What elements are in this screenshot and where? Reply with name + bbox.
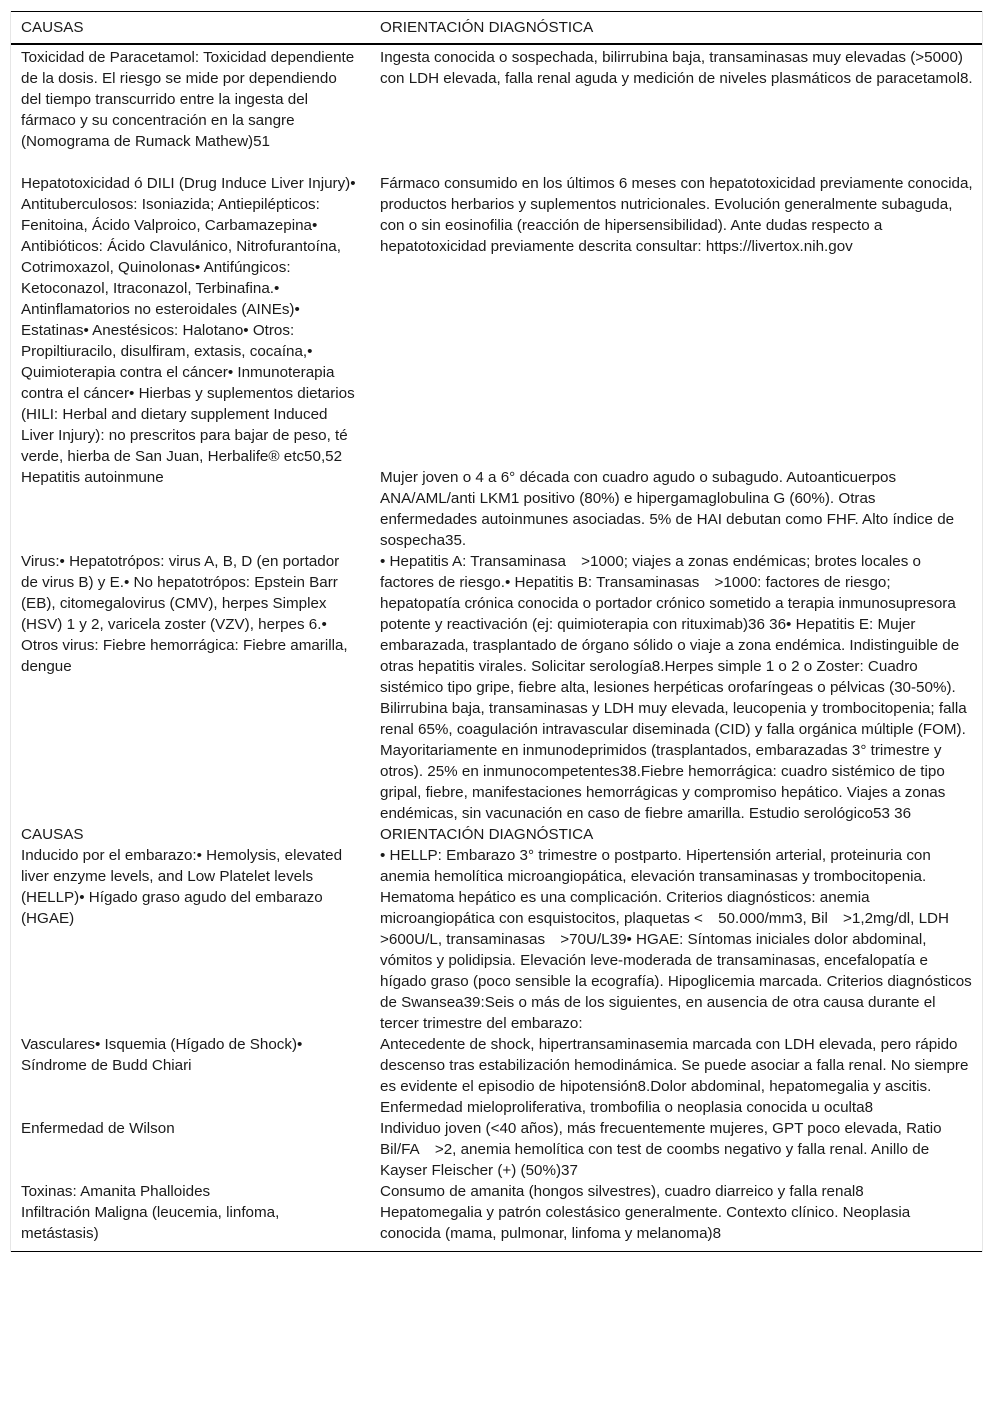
cause-cell: Infiltración Maligna (leucemia, linfoma,… bbox=[11, 1202, 370, 1252]
diagnosis-cell: Individuo joven (<40 años), más frecuent… bbox=[370, 1118, 982, 1181]
causes-diagnosis-table: CAUSAS ORIENTACIÓN DIAGNÓSTICA Toxicidad… bbox=[11, 11, 982, 1252]
table-header: CAUSAS ORIENTACIÓN DIAGNÓSTICA bbox=[11, 12, 982, 45]
table-body: Toxicidad de Paracetamol: Toxicidad depe… bbox=[11, 44, 982, 1252]
causes-table-container: CAUSAS ORIENTACIÓN DIAGNÓSTICA Toxicidad… bbox=[10, 11, 983, 1252]
cause-cell: Virus:• Hepatotrópos: virus A, B, D (en … bbox=[11, 551, 370, 824]
header-causes: CAUSAS bbox=[11, 12, 370, 45]
table-row-wilson: Enfermedad de Wilson Individuo joven (<4… bbox=[11, 1118, 982, 1181]
table-row-autoimmune-hepatitis: Hepatitis autoinmune Mujer joven o 4 a 6… bbox=[11, 467, 982, 551]
table-row-repeated-header: CAUSAS ORIENTACIÓN DIAGNÓSTICA bbox=[11, 824, 982, 845]
table-row-malignant-infiltration: Infiltración Maligna (leucemia, linfoma,… bbox=[11, 1202, 982, 1252]
table-row-dili: Hepatotoxicidad ó DILI (Drug Induce Live… bbox=[11, 173, 982, 467]
diagnosis-cell: • Hepatitis A: Transaminasa >1000; viaje… bbox=[370, 551, 982, 824]
diagnosis-cell: Mujer joven o 4 a 6° década con cuadro a… bbox=[370, 467, 982, 551]
diagnosis-cell: Hepatomegalia y patrón colestásico gener… bbox=[370, 1202, 982, 1252]
cause-cell: Enfermedad de Wilson bbox=[11, 1118, 370, 1181]
cause-cell: Toxinas: Amanita Phalloides bbox=[11, 1181, 370, 1202]
cause-cell: Hepatitis autoinmune bbox=[11, 467, 370, 551]
cause-cell: Toxicidad de Paracetamol: Toxicidad depe… bbox=[11, 44, 370, 173]
cause-cell: Inducido por el embarazo:• Hemolysis, el… bbox=[11, 845, 370, 1034]
diagnosis-cell: Consumo de amanita (hongos silvestres), … bbox=[370, 1181, 982, 1202]
diagnosis-cell: Fármaco consumido en los últimos 6 meses… bbox=[370, 173, 982, 467]
cause-cell: Hepatotoxicidad ó DILI (Drug Induce Live… bbox=[11, 173, 370, 467]
diagnosis-cell: • HELLP: Embarazo 3° trimestre o postpar… bbox=[370, 845, 982, 1034]
diagnosis-cell: Antecedente de shock, hipertransaminasem… bbox=[370, 1034, 982, 1118]
table-row-toxins: Toxinas: Amanita Phalloides Consumo de a… bbox=[11, 1181, 982, 1202]
diagnosis-cell: Ingesta conocida o sospechada, bilirrubi… bbox=[370, 44, 982, 173]
cause-cell: Vasculares• Isquemia (Hígado de Shock)• … bbox=[11, 1034, 370, 1118]
table-row-virus: Virus:• Hepatotrópos: virus A, B, D (en … bbox=[11, 551, 982, 824]
table-row-vascular: Vasculares• Isquemia (Hígado de Shock)• … bbox=[11, 1034, 982, 1118]
repeated-header-causes: CAUSAS bbox=[11, 824, 370, 845]
table-row-paracetamol: Toxicidad de Paracetamol: Toxicidad depe… bbox=[11, 44, 982, 173]
repeated-header-diagnostic-orientation: ORIENTACIÓN DIAGNÓSTICA bbox=[370, 824, 982, 845]
table-row-pregnancy: Inducido por el embarazo:• Hemolysis, el… bbox=[11, 845, 982, 1034]
header-diagnostic-orientation: ORIENTACIÓN DIAGNÓSTICA bbox=[370, 12, 982, 45]
header-row: CAUSAS ORIENTACIÓN DIAGNÓSTICA bbox=[11, 12, 982, 45]
